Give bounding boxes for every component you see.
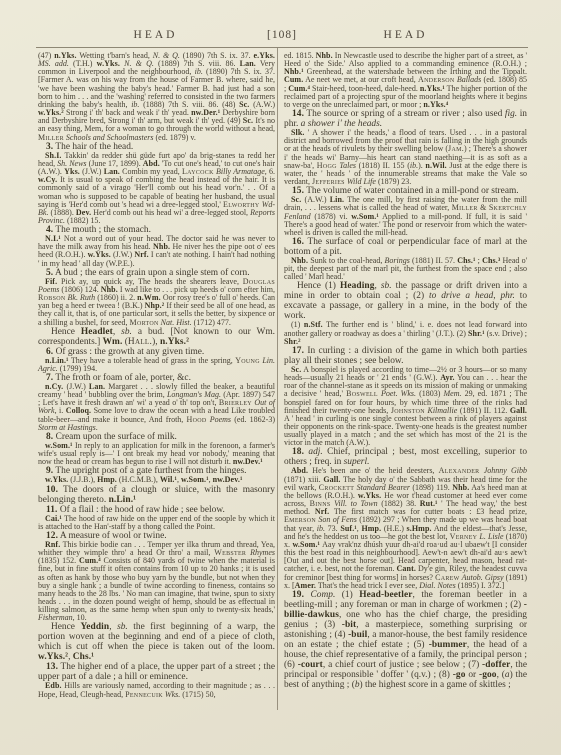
quotation-paragraph: Sc. (A.W.) Lin. The one mill, by first r… [284, 196, 527, 237]
sense-paragraph: 18. adj. Chief, principal ; best, most e… [284, 447, 527, 467]
sense-paragraph: 16. The surface of coal or perpendicular… [284, 237, 527, 257]
quotation-paragraph: Sh.I. Takkin' da redder shü güde furt ap… [38, 152, 275, 225]
sense-paragraph: 14. The source or spring of a stream or … [284, 109, 527, 129]
sense-paragraph: 17. In curling : a division of the game … [284, 346, 527, 366]
left-column: (47) n.Yks. Wetting t'barn's head, N. & … [38, 52, 275, 699]
quotation-paragraph: Nhb. Sunk to the coal-head, Borings (188… [284, 257, 527, 281]
hence-paragraph: Hence Headlet, sb. a bud. [Not known to … [38, 327, 275, 347]
quotation-paragraph: w.Yks. (J.J.B.), Hmp. (H.C.M.B.), Wil.¹,… [38, 476, 275, 484]
sense-paragraph: 19. Comp. (1) Head-beetler, the foreman … [284, 590, 527, 690]
quotation-paragraph: Rnf. This birkie bodie can . . . Temper … [38, 541, 275, 623]
running-head-left: HEAD [37, 29, 274, 41]
quotation-paragraph: Edb. Hills are variously named, accordin… [38, 682, 275, 698]
header-rule [36, 47, 528, 48]
quotation-paragraph: w.Som.¹ In reply to an application for m… [38, 442, 275, 466]
quotation-paragraph: Sc. A bonspiel is played according to ti… [284, 366, 527, 448]
sense-paragraph: 10. The doors of a clough or sluice, wit… [38, 485, 275, 505]
running-head-right: HEAD [284, 29, 527, 41]
quotation-paragraph: (47) n.Yks. Wetting t'barn's head, N. & … [38, 52, 275, 142]
quotation-paragraph: n.Cy. (J.W.) Lan. Margaret . . . slowly … [38, 383, 275, 432]
dictionary-page: HEAD [108] HEAD (47) n.Yks. Wetting t'ba… [0, 0, 561, 755]
quotation-paragraph: N.I.¹ Not a word out of your head. The d… [38, 235, 275, 268]
hence-paragraph: Hence Yeddin, sb. the first beginning of… [38, 622, 275, 662]
quotation-paragraph: n.Lin.¹ They have a tolerable head of gr… [38, 357, 275, 373]
quotation-paragraph: Slk. ' A shower i' the heads,' a flood o… [284, 129, 527, 186]
quotation-paragraph: Cai.¹ The hood of raw hide on the upper … [38, 515, 275, 531]
right-column: ed. 1815. Nhb. In Newcastle used to desc… [284, 52, 527, 690]
quotation-paragraph: (1) n.Stf. The further end is ' blind,' … [284, 321, 527, 345]
quotation-paragraph: Abd. He's been ane o' the heid deesters,… [284, 467, 527, 589]
hence-paragraph: Hence (1) Heading, sb. the passage or dr… [284, 281, 527, 321]
running-head: HEAD [108] HEAD [37, 29, 527, 45]
sense-paragraph: 13. The higher end of a place, the upper… [38, 662, 275, 682]
column-divider-rule [277, 48, 278, 710]
quotation-paragraph: Fif. Pick ay, up quick ay, The heads the… [38, 278, 275, 327]
quotation-paragraph: ed. 1815. Nhb. In Newcastle used to desc… [284, 52, 527, 109]
